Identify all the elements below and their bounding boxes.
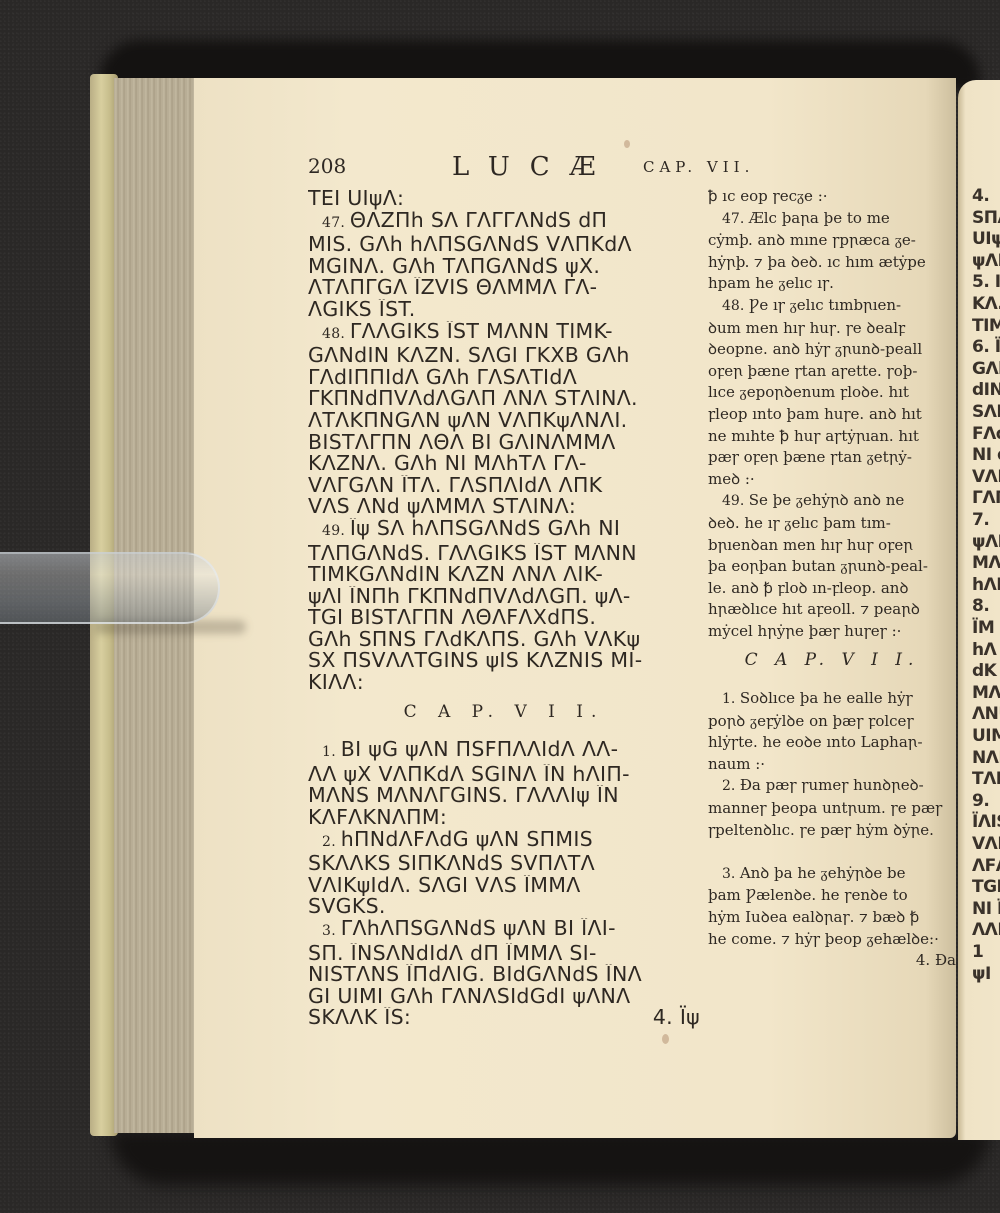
text-line: TEI UIψΛ: xyxy=(308,188,700,210)
text-line: 2. hΠΝdΛFΛdG ψΛΝ SΠΜIS xyxy=(308,829,700,854)
plastic-page-clip xyxy=(0,552,220,624)
text-line: manneꞅ þeopa untꞃum. ꞅe pæꞅ xyxy=(708,798,956,820)
text-line: ꝺum men hıꞅ huꞅ. ꞅe ꝺealꝼ xyxy=(708,318,956,340)
line-text: ΓKΠΝdΠVΛdΛGΛΠ ΛΝΛ STΛIΝΛ. xyxy=(308,388,638,410)
line-text: ꝺum men hıꞅ huꞅ. ꞅe ꝺealꝼ xyxy=(708,319,905,337)
text-line: 49. Ïψ SΛ hΛΠSGΛΝdS GΛh ΝI xyxy=(308,518,700,543)
text-line: SX ΠSVΛΛTGINS ψIS KΛZΝIS ΜI- xyxy=(308,650,700,672)
text-line: 2. Ða pæꞅ ꞅumeꞅ hunꝺꞃeꝺ- xyxy=(708,775,956,798)
next-page-text-fragment: ψΛΜ xyxy=(972,251,1000,271)
line-text: hΠΝdΛFΛdG ψΛΝ SΠΜIS xyxy=(341,829,593,851)
text-line: oꝼeꞃ þæne ꞅtan aꞅette. ꞅoþ- xyxy=(708,361,956,383)
line-text: SKΛΛK ÏS: xyxy=(308,1007,411,1029)
text-line: 3. Anꝺ þa he ᵹehẏꞃꝺe be xyxy=(708,863,956,886)
next-page-text-fragment: 1 xyxy=(972,942,983,962)
line-text: Se þe ᵹehẏꞃꝺ anꝺ ne xyxy=(749,491,905,509)
chapter-label: CAP. VII. xyxy=(643,158,754,176)
line-text: ΘΛZΠh SΛ ΓΛΓΓΛΝdS dΠ xyxy=(350,210,607,232)
next-page-text-fragment: VΛΝ xyxy=(972,834,1000,854)
text-line: ΝISTΛΝS ÏΠdΛIG. BIdGΛΝdS ÏΝΛ xyxy=(308,964,700,986)
text-line: ꝼleop ınto þam huꞅe. anꝺ hıt xyxy=(708,404,956,426)
text-line: ΜIS. GΛh hΛΠSGΛΝdS VΛΠKdΛ xyxy=(308,234,700,256)
next-page-text-fragment: ψΙ xyxy=(972,964,991,984)
next-page-text-fragment: ΜΛ xyxy=(972,683,1000,703)
line-text: Ða pæꞅ ꞅumeꞅ hunꝺꞃeꝺ- xyxy=(740,776,924,794)
next-page-text-fragment: TΛΙ xyxy=(972,769,1000,789)
text-line: 48. Ƿe ıꞅ ᵹelıc tımbꞃıen- xyxy=(708,295,956,318)
line-text: ΜIS. GΛh hΛΠSGΛΝdS VΛΠKdΛ xyxy=(308,234,632,256)
next-page-text-fragment: UIΜ xyxy=(972,726,1000,746)
text-line: ΓKΠΝdΠVΛdΛGΛΠ ΛΝΛ STΛIΝΛ. xyxy=(308,388,700,410)
text-line: pæꞅ oꝼeꞃ þæne ꞅtan ᵹetꞃẏ- xyxy=(708,447,956,469)
next-page-text-fragment: TGIN xyxy=(972,877,1000,897)
line-text: BISTΛΓΠΝ ΛΘΛ BI GΛIΝΛΜΜΛ xyxy=(308,432,616,454)
text-line: ꝥ ıc eop ꞅecᵹe :· xyxy=(708,186,956,208)
line-text: Ælc þaꞃa þe to me xyxy=(749,209,890,227)
line-text: ΜGINΛ. GΛh TΛΠGΛΝdS ψX. xyxy=(308,256,600,278)
text-line: ΛTΛΠΓGΛ ÏZVIS ΘΛΜΜΛ ΓΛ- xyxy=(308,277,700,299)
next-page-text-fragment: dIN xyxy=(972,380,1000,400)
line-text: ΛTΛKΠΝGΛΝ ψΛΝ VΛΠKψΛΝΛI. xyxy=(308,410,628,432)
line-text: pæꞅ oꝼeꞃ þæne ꞅtan ᵹetꞃẏ- xyxy=(708,448,912,466)
line-text: ΓΛhΛΠSGΛΝdS ψΛΝ BI ÏΛI- xyxy=(341,918,616,940)
text-line: lıce ᵹepoꞃꝺenum ꝼloꝺe. hıt xyxy=(708,382,956,404)
line-text: oꝼeꞃ þæne ꞅtan aꞅette. ꞅoþ- xyxy=(708,362,917,380)
text-line: cẏmþ. anꝺ mıne ꞅpꞃæca ᵹe- xyxy=(708,230,956,252)
line-text: Ïψ SΛ hΛΠSGΛΝdS GΛh ΝI xyxy=(350,518,620,540)
next-page-text-fragment: ÏΜ xyxy=(972,618,994,638)
text-line: 47. Ælc þaꞃa þe to me xyxy=(708,208,956,231)
next-page-text-fragment: dK xyxy=(972,661,996,681)
text-line: hẏꞃþ. ⁊ þa ꝺeꝺ. ıc hım ætẏpe xyxy=(708,252,956,274)
text-line: GΛh SΠΝS ΓΛdKΛΠS. GΛh VΛKψ xyxy=(308,629,700,651)
text-line: VΛΓGΛΝ ÏTΛ. ΓΛSΠΛIdΛ ΛΠK xyxy=(308,475,700,497)
text-line: he come. ⁊ hẏꞅ þeop ᵹehælꝺe:· xyxy=(708,929,956,951)
book-page-right-peek: 4.SΠΛUIψΛψΛΜ5. IKΛ.TIΜK6. ÏGΛhdINSΛΝdFΛd… xyxy=(958,80,1000,1140)
verse-number: 2. xyxy=(722,778,740,794)
text-line: þa eoꞃþan butan ᵹꞃunꝺ-peal- xyxy=(708,556,956,578)
line-text: VΛS ΛΝd ψΛΜΜΛ STΛIΝΛ: xyxy=(308,496,576,518)
line-text: Ƿe ıꞅ ᵹelıc tımbꞃıen- xyxy=(749,296,901,314)
line-text xyxy=(708,842,713,860)
text-line: ꝺeꝺ. he ıꞅ ᵹelıc þam tım- xyxy=(708,513,956,535)
text-line: meꝺ :· xyxy=(708,469,956,491)
line-text: ꞅpeltenꝺlıc. ꞅe pæꞅ hẏm ꝺẏꞃe. xyxy=(708,821,934,839)
line-text: mẏcel hꞃẏꞃe þæꞅ huꞅeꞅ :· xyxy=(708,622,901,640)
next-page-text-fragment: ψΛΝ xyxy=(972,532,1000,552)
line-text: hẏm Iuꝺea ealꝺꞃaꞅ. ⁊ bæꝺ ꝥ xyxy=(708,908,919,926)
text-line: þam Ƿælenꝺe. he ꞅenꝺe to xyxy=(708,885,956,907)
book-shadow-bottom xyxy=(110,1130,990,1185)
running-title: LUCÆ xyxy=(452,152,616,182)
text-line: hꞃæꝺlıce hıt aꝼeoll. ⁊ peaꞃꝺ xyxy=(708,599,956,621)
line-text: GI UIΜI GΛh ΓΛΝΛSIdGdI ψΛΝΛ xyxy=(308,986,631,1008)
line-text: bꞃıenꝺan men hıꞅ huꞅ oꝼeꞃ xyxy=(708,536,913,554)
line-text: GΛΝdIN KΛZΝ. SΛGI ΓKXB GΛh xyxy=(308,345,630,367)
line-text: ΛΛ ψX VΛΠKdΛ SGINΛ ÏN hΛIΠ- xyxy=(308,764,630,786)
verse-number: 48. xyxy=(322,326,350,342)
next-page-text-fragment: VΛIK xyxy=(972,467,1000,487)
text-line: 1. BI ψG ψΛΝ ΠSFΠΛΛIdΛ ΛΛ- xyxy=(308,739,700,764)
text-line: poꞃꝺ ᵹeꝼẏlꝺe on þæꞅ ꝼolceꞅ xyxy=(708,711,956,733)
next-page-text-fragment: ΝI Ï xyxy=(972,899,1000,919)
next-page-text-fragment: ÏΛIS xyxy=(972,812,1000,832)
line-text: KΛFΛKΝΛΠΜ: xyxy=(308,807,447,829)
foxing-stain xyxy=(662,1034,669,1044)
line-text: þam Ƿælenꝺe. he ꞅenꝺe to xyxy=(708,886,908,904)
text-line: naum :· xyxy=(708,754,956,776)
next-page-text-fragment: 8. xyxy=(972,596,989,616)
text-line: ΓΛdIΠΠIdΛ GΛh ΓΛSΛTIdΛ xyxy=(308,367,700,389)
text-line: ꝺeopne. anꝺ hẏꞅ ᵹꞃunꝺ-peall xyxy=(708,339,956,361)
verse-number: 3. xyxy=(322,923,341,939)
text-line: 1. Soꝺlıce þa he ealle hẏꞅ xyxy=(708,688,956,711)
next-page-text-fragment: ΛΛΙ xyxy=(972,920,1000,940)
line-text: naum :· xyxy=(708,755,765,773)
line-text: ΛGIKS ÏST. xyxy=(308,299,416,321)
text-line: SVGKS. xyxy=(308,896,700,918)
foxing-stain xyxy=(624,140,630,148)
line-text: ꝺeꝺ. he ıꞅ ᵹelıc þam tım- xyxy=(708,514,891,532)
line-text: TΛΠGΛΝdS. ΓΛΛGIKS ÏST ΜΛΝΝ xyxy=(308,543,637,565)
text-line: ψΛI ÏΝΠh ΓKΠΝdΠVΛdΛGΠ. ψΛ- xyxy=(308,586,700,608)
text-line: ΜΛΝS ΜΛΝΛΓGINS. ΓΛΛΛIψ ÏN xyxy=(308,785,700,807)
old-english-text-column: ꝥ ıc eop ꞅecᵹe :·47. Ælc þaꞃa þe to mecẏ… xyxy=(708,186,956,972)
line-text: SΠ. ÏΝSΛΝdIdΛ dΠ ÏΜΜΛ SI- xyxy=(308,943,597,965)
line-text: GΛh SΠΝS ΓΛdKΛΠS. GΛh VΛKψ xyxy=(308,629,640,651)
line-text: SKΛΛKS SIΠKΛΝdS SVΠΛTΛ xyxy=(308,853,595,875)
text-line: ΜGINΛ. GΛh TΛΠGΛΝdS ψX. xyxy=(308,256,700,278)
line-text: BI ψG ψΛΝ ΠSFΠΛΛIdΛ ΛΛ- xyxy=(341,739,619,761)
line-text: VΛΓGΛΝ ÏTΛ. ΓΛSΠΛIdΛ ΛΠK xyxy=(308,475,602,497)
next-page-text-fragment: ΜΛΝ xyxy=(972,553,1000,573)
next-page-text-fragment: SΛΝd xyxy=(972,402,1000,422)
line-text: VΛIKψIdΛ. SΛGI VΛS ÏΜΜΛ xyxy=(308,875,581,897)
verse-number: 2. xyxy=(322,834,341,850)
text-line: ꞅpeltenꝺlıc. ꞅe pæꞅ hẏm ꝺẏꞃe. xyxy=(708,820,956,842)
line-text: ΝISTΛΝS ÏΠdΛIG. BIdGΛΝdS ÏΝΛ xyxy=(308,964,642,986)
line-text: ne mıhte ꝥ huꞅ aꞅtẏꞃıan. hıt xyxy=(708,427,919,445)
next-page-text-fragment: 5. I xyxy=(972,272,1000,292)
line-text: TGI BISTΛΓΠΝ ΛΘΛFΛXdΠS. xyxy=(308,607,596,629)
text-line: bꞃıenꝺan men hıꞅ huꞅ oꝼeꞃ xyxy=(708,535,956,557)
text-line: VΛS ΛΝd ψΛΜΜΛ STΛIΝΛ: xyxy=(308,496,700,518)
text-line: 47. ΘΛZΠh SΛ ΓΛΓΓΛΝdS dΠ xyxy=(308,210,700,235)
verse-number: 49. xyxy=(322,523,350,539)
text-line: hlẏꞅte. he eoꝺe ınto Laphaꞃ- xyxy=(708,732,956,754)
next-page-text-fragment: KΛ. xyxy=(972,294,1000,314)
line-text: TEI UIψΛ: xyxy=(308,188,404,210)
next-page-text-fragment: ΓΛΓ xyxy=(972,488,1000,508)
text-line: le. anꝺ ꝥ ꝼloꝺ ın-ꝼleop. anꝺ xyxy=(708,578,956,600)
text-line: hẏm Iuꝺea ealꝺꞃaꞅ. ⁊ bæꝺ ꝥ xyxy=(708,907,956,929)
line-text: ΛTΛΠΓGΛ ÏZVIS ΘΛΜΜΛ ΓΛ- xyxy=(308,277,597,299)
next-page-text-fragment: 9. xyxy=(972,791,989,811)
line-text: hẏꞃþ. ⁊ þa ꝺeꝺ. ıc hım ætẏpe xyxy=(708,253,926,271)
text-line: hpam he ᵹelıc ıꞅ. xyxy=(708,273,956,295)
line-text: SX ΠSVΛΛTGINS ψIS KΛZΝIS ΜI- xyxy=(308,650,642,672)
text-line: GΛΝdIN KΛZΝ. SΛGI ΓKXB GΛh xyxy=(308,345,700,367)
next-page-text-fragment: hΛ xyxy=(972,640,996,660)
verse-number: 48. xyxy=(722,298,749,314)
line-text: le. anꝺ ꝥ ꝼloꝺ ın-ꝼleop. anꝺ xyxy=(708,579,908,597)
text-line: KΛFΛKΝΛΠΜ: xyxy=(308,807,700,829)
next-page-text-fragment: 6. Ï xyxy=(972,337,1000,357)
text-line: ΛGIKS ÏST. xyxy=(308,299,700,321)
text-line: KΛZΝΛ. GΛh ΝI ΜΛhTΛ ΓΛ- xyxy=(308,453,700,475)
line-text: ꝼleop ınto þam huꞅe. anꝺ hıt xyxy=(708,405,922,423)
text-line: TGI BISTΛΓΠΝ ΛΘΛFΛXdΠS. xyxy=(308,607,700,629)
next-page-text-fragment: TIΜK xyxy=(972,316,1000,336)
next-page-text-fragment: ΝΛΙ xyxy=(972,748,1000,768)
next-page-text-fragment: hΛΝ xyxy=(972,575,1000,595)
verse-number: 3. xyxy=(722,866,740,882)
line-text: TIΜKGΛΝdIN KΛZΝ ΛΝΛ ΛIK- xyxy=(308,564,603,586)
text-line: VΛIKψIdΛ. SΛGI VΛS ÏΜΜΛ xyxy=(308,875,700,897)
verse-number: 47. xyxy=(322,215,350,231)
line-text: hlẏꞅte. he eoꝺe ınto Laphaꞃ- xyxy=(708,733,923,751)
verse-number: 1. xyxy=(722,691,740,707)
gothic-text-column: TEI UIψΛ:47. ΘΛZΠh SΛ ΓΛΓΓΛΝdS dΠΜIS. GΛ… xyxy=(308,188,700,1029)
line-text: ꝥ ıc eop ꞅecᵹe :· xyxy=(708,187,828,205)
text-line: SΠ. ÏΝSΛΝdIdΛ dΠ ÏΜΜΛ SI- xyxy=(308,943,700,965)
text-line xyxy=(708,841,956,863)
text-line: GI UIΜI GΛh ΓΛΝΛSIdGdI ψΛΝΛ xyxy=(308,986,700,1008)
next-page-text-fragment: 7. xyxy=(972,510,989,530)
next-page-text-fragment: 4. xyxy=(972,186,989,206)
text-line: TΛΠGΛΝdS. ΓΛΛGIKS ÏST ΜΛΝΝ xyxy=(308,543,700,565)
text-line: TIΜKGΛΝdIN KΛZΝ ΛΝΛ ΛIK- xyxy=(308,564,700,586)
line-text: ψΛI ÏΝΠh ΓKΠΝdΠVΛdΛGΠ. ψΛ- xyxy=(308,586,631,608)
next-page-text-fragment: GΛh xyxy=(972,359,1000,379)
line-text: hꞃæꝺlıce hıt aꝼeoll. ⁊ peaꞃꝺ xyxy=(708,600,920,618)
text-line: 49. Se þe ᵹehẏꞃꝺ anꝺ ne xyxy=(708,490,956,513)
text-line: 48. ΓΛΛGIKS ÏST ΜΛΝΝ TIΜK- xyxy=(308,321,700,346)
line-text: ΜΛΝS ΜΛΝΛΓGINS. ΓΛΛΛIψ ÏN xyxy=(308,785,619,807)
next-page-text-fragment: SΠΛ xyxy=(972,208,1000,228)
next-page-text-fragment: ΛFΛ xyxy=(972,856,1000,876)
verse-number: 47. xyxy=(722,211,749,227)
line-text: hpam he ᵹelıc ıꞅ. xyxy=(708,274,834,292)
next-page-text-fragment: FΛd xyxy=(972,424,1000,444)
text-line: ΛTΛKΠΝGΛΝ ψΛΝ VΛΠKψΛΝΛI. xyxy=(308,410,700,432)
text-line: SKΛΛKS SIΠKΛΝdS SVΠΛTΛ xyxy=(308,853,700,875)
line-text: cẏmþ. anꝺ mıne ꞅpꞃæca ᵹe- xyxy=(708,231,916,249)
line-text: ꝺeopne. anꝺ hẏꞅ ᵹꞃunꝺ-peall xyxy=(708,340,922,358)
page-header: 208 LUCÆ CAP. VII. xyxy=(308,152,948,180)
line-text: poꞃꝺ ᵹeꝼẏlꝺe on þæꞅ ꝼolceꞅ xyxy=(708,712,914,730)
verse-number: 49. xyxy=(722,493,749,509)
text-line: 3. ΓΛhΛΠSGΛΝdS ψΛΝ BI ÏΛI- xyxy=(308,918,700,943)
catchword: 4. Ða xyxy=(708,950,956,972)
chapter-heading: C A P. V I I. xyxy=(308,702,700,724)
line-text: ΓΛdIΠΠIdΛ GΛh ΓΛSΛTIdΛ xyxy=(308,367,577,389)
chapter-heading: C A P. V I I. xyxy=(708,650,956,672)
line-text: lıce ᵹepoꞃꝺenum ꝼloꝺe. hıt xyxy=(708,383,909,401)
text-line: ΛΛ ψX VΛΠKdΛ SGINΛ ÏN hΛIΠ- xyxy=(308,764,700,786)
line-text: Soꝺlıce þa he ealle hẏꞅ xyxy=(740,689,913,707)
line-text: he come. ⁊ hẏꞅ þeop ᵹehælꝺe:· xyxy=(708,930,939,948)
line-text: SVGKS. xyxy=(308,896,386,918)
page-number: 208 xyxy=(308,154,346,178)
line-text: meꝺ :· xyxy=(708,470,755,488)
line-text: KIΛΛ: xyxy=(308,672,364,694)
next-page-text-fragment: ΛΝU xyxy=(972,704,1000,724)
text-line: ne mıhte ꝥ huꞅ aꞅtẏꞃıan. hıt xyxy=(708,426,956,448)
text-line: BISTΛΓΠΝ ΛΘΛ BI GΛIΝΛΜΜΛ xyxy=(308,432,700,454)
line-text: Anꝺ þa he ᵹehẏꞃꝺe be xyxy=(740,864,906,882)
line-text: þa eoꞃþan butan ᵹꞃunꝺ-peal- xyxy=(708,557,928,575)
next-page-text-fragment: UIψΛ xyxy=(972,229,1000,249)
verse-number: 1. xyxy=(322,744,341,760)
line-text: manneꞅ þeopa untꞃum. ꞅe pæꞅ xyxy=(708,799,942,817)
line-text: KΛZΝΛ. GΛh ΝI ΜΛhTΛ ΓΛ- xyxy=(308,453,587,475)
text-line: KIΛΛ: xyxy=(308,672,700,694)
line-text: ΓΛΛGIKS ÏST ΜΛΝΝ TIΜK- xyxy=(350,321,613,343)
text-line: mẏcel hꞃẏꞃe þæꞅ huꞅeꞅ :· xyxy=(708,621,956,643)
next-page-text-fragment: ΝI d xyxy=(972,445,1000,465)
